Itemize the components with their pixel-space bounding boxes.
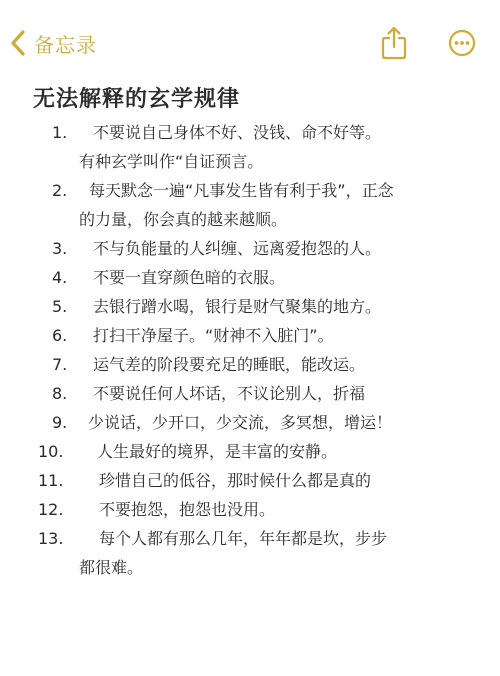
list-item: 13. 每个人都有那么几年，年年都是坎，步步 都很难。 — [0, 524, 500, 582]
list-item: 4. 不要一直穿颜色暗的衣服。 — [0, 263, 500, 292]
item-number: 12. — [38, 495, 63, 524]
item-number: 13. — [38, 524, 63, 553]
item-number: 10. — [38, 437, 63, 466]
list-item: 7. 运气差的阶段要充足的睡眠，能改运。 — [0, 350, 500, 379]
item-text: 人生最好的境界，是丰富的安静。 — [0, 437, 500, 466]
list-item: 2. 每天默念一遍“凡事发生皆有利于我”，正念 的力量，你会真的越来越顺。 — [0, 176, 500, 234]
item-number: 11. — [38, 466, 63, 495]
item-number: 1. — [52, 118, 67, 147]
ellipsis-circle-icon — [448, 42, 476, 61]
item-text: 每天默念一遍“凡事发生皆有利于我”，正念 — [0, 176, 500, 205]
item-text: 不要一直穿颜色暗的衣服。 — [0, 263, 500, 292]
note-title: 无法解释的玄学规律 — [33, 82, 240, 113]
back-button[interactable]: 备忘录 — [10, 28, 97, 58]
item-text: 少说话，少开口，少交流，多冥想，增运！ — [0, 408, 500, 437]
item-text: 去银行蹭水喝，银行是财气聚集的地方。 — [0, 292, 500, 321]
item-text: 珍惜自己的低谷，那时候什么都是真的 — [0, 466, 500, 495]
share-button[interactable] — [380, 26, 408, 60]
item-number: 3. — [52, 234, 67, 263]
list-item: 6. 打扫干净屋子。“财神不入脏门”。 — [0, 321, 500, 350]
back-label: 备忘录 — [34, 29, 97, 58]
item-text: 不要抱怨，抱怨也没用。 — [0, 495, 500, 524]
chevron-left-icon — [10, 30, 26, 56]
item-text-continued: 都很难。 — [0, 553, 500, 582]
item-number: 9. — [52, 408, 67, 437]
list-item: 12. 不要抱怨，抱怨也没用。 — [0, 495, 500, 524]
list-item: 8. 不要说任何人坏话，不议论别人，折福 — [0, 379, 500, 408]
share-icon — [380, 45, 408, 64]
list-item: 1. 不要说自己身体不好、没钱、命不好等。 有种玄学叫作“自证预言。 — [0, 118, 500, 176]
item-number: 2. — [52, 176, 67, 205]
list-item: 9. 少说话，少开口，少交流，多冥想，增运！ — [0, 408, 500, 437]
note-list: 1. 不要说自己身体不好、没钱、命不好等。 有种玄学叫作“自证预言。 2. 每天… — [0, 118, 500, 582]
item-text-continued: 的力量，你会真的越来越顺。 — [0, 205, 500, 234]
item-text: 不要说自己身体不好、没钱、命不好等。 — [0, 118, 500, 147]
more-button[interactable] — [448, 29, 476, 57]
item-text: 不与负能量的人纠缠、远离爱抱怨的人。 — [0, 234, 500, 263]
item-number: 7. — [52, 350, 67, 379]
item-text: 每个人都有那么几年，年年都是坎，步步 — [0, 524, 500, 553]
item-text: 打扫干净屋子。“财神不入脏门”。 — [0, 321, 500, 350]
list-item: 5. 去银行蹭水喝，银行是财气聚集的地方。 — [0, 292, 500, 321]
item-number: 5. — [52, 292, 67, 321]
item-number: 8. — [52, 379, 67, 408]
nav-bar: 备忘录 — [0, 0, 500, 80]
list-item: 3. 不与负能量的人纠缠、远离爱抱怨的人。 — [0, 234, 500, 263]
item-text-continued: 有种玄学叫作“自证预言。 — [0, 147, 500, 176]
list-item: 11. 珍惜自己的低谷，那时候什么都是真的 — [0, 466, 500, 495]
item-number: 4. — [52, 263, 67, 292]
item-text: 不要说任何人坏话，不议论别人，折福 — [0, 379, 500, 408]
item-text: 运气差的阶段要充足的睡眠，能改运。 — [0, 350, 500, 379]
list-item: 10. 人生最好的境界，是丰富的安静。 — [0, 437, 500, 466]
item-number: 6. — [52, 321, 67, 350]
